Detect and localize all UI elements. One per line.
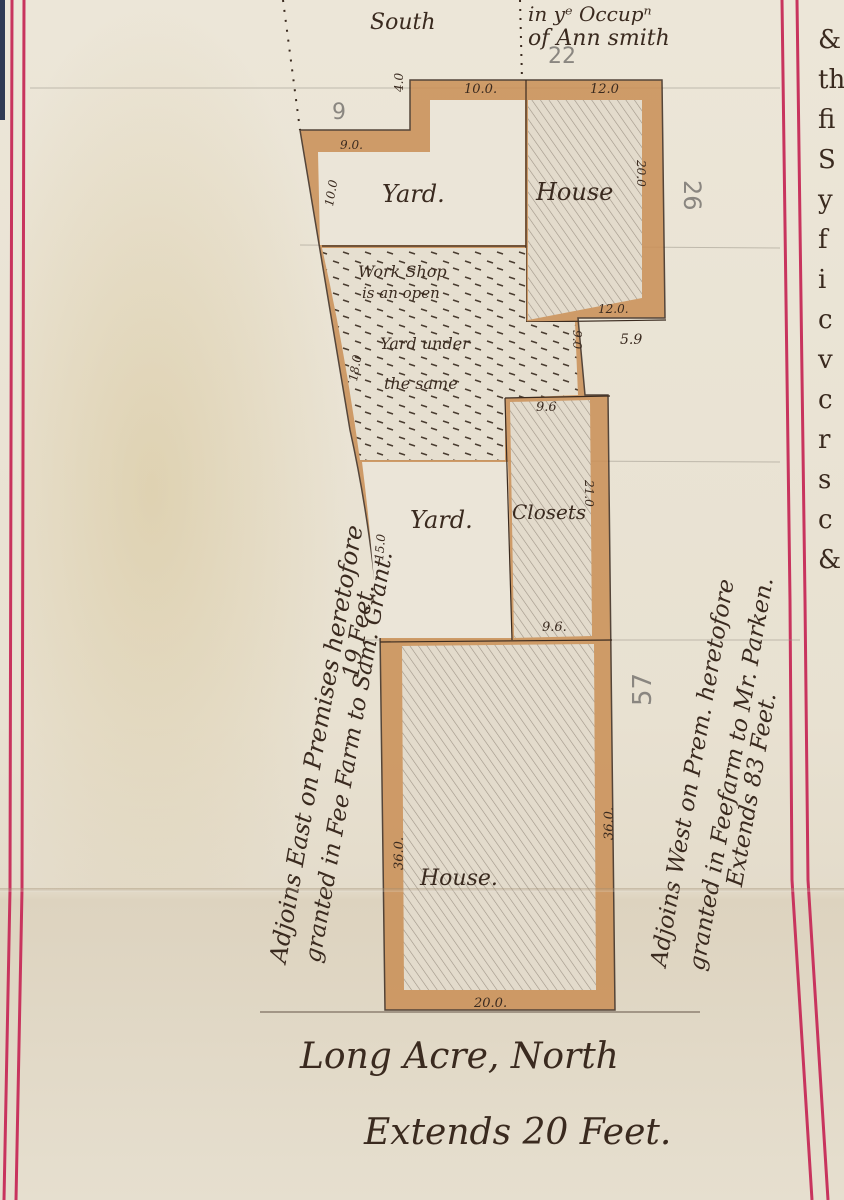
margin-letter: i — [818, 260, 844, 300]
pencil-number-22: 22 — [548, 44, 576, 69]
pencil-number-57: 57 — [628, 673, 658, 706]
room-workshop: Work Shop — [358, 262, 447, 281]
room-workshop-sub-2: Yard under — [380, 334, 470, 353]
room-workshop-sub-3: the same — [384, 374, 458, 393]
room-closets: Closets — [512, 500, 586, 524]
dim-right-step: 5.9 — [620, 332, 642, 348]
dim-closet-top: 9.6 — [536, 400, 557, 415]
neighbour-occupation: in yᵉ Occupⁿ — [528, 2, 652, 26]
street-label: Long Acre, North — [300, 1036, 619, 1077]
room-workshop-sub-1: is an open — [362, 284, 440, 302]
margin-letter: f — [818, 220, 844, 260]
margin-letter: c — [818, 300, 844, 340]
dim-top-house: 12.0 — [590, 82, 619, 97]
dim-right-workshop: 9.0 — [570, 330, 584, 349]
margin-letter: s — [818, 460, 844, 500]
dim-top-yard: 10.0. — [464, 82, 497, 97]
margin-letter: c — [818, 380, 844, 420]
room-house-1: House — [536, 178, 613, 206]
dim-right-house-lower: 36.0. — [602, 807, 617, 840]
margin-letter: c — [818, 500, 844, 540]
margin-letter: S — [818, 140, 844, 180]
dim-bottom: 20.0. — [474, 996, 507, 1011]
street-extent: Extends 20 Feet. — [364, 1112, 671, 1153]
pencil-number-26: 26 — [678, 180, 706, 211]
left-margin-rules — [0, 0, 24, 1200]
margin-letter: & — [818, 540, 844, 580]
margin-letter: y — [818, 180, 844, 220]
margin-letter: fi — [818, 100, 844, 140]
margin-letter: r — [818, 420, 844, 460]
room-yard-1: Yard. — [382, 180, 445, 208]
dim-closet-bottom: 9.6. — [542, 620, 567, 635]
page-fold — [0, 888, 844, 892]
adjacent-page-text: & th fi S y f i c v c r s c & — [818, 20, 844, 580]
margin-letter: v — [818, 340, 844, 380]
south-label: South — [370, 10, 436, 35]
plan-sheet: South in yᵉ Occupⁿ of Ann smith 22 10.0.… — [0, 0, 844, 1200]
dim-left-house: 36.0. — [392, 837, 407, 870]
dim-step-inner: 9.0. — [340, 138, 363, 152]
dim-right-house: 20.0 — [634, 160, 648, 187]
margin-letter: th — [818, 60, 844, 100]
room-yard-2: Yard. — [410, 506, 473, 534]
dim-top-step: 4.0 — [392, 73, 406, 92]
margin-letter: & — [818, 20, 844, 60]
dim-house-bottom: 12.0. — [598, 302, 629, 316]
pencil-number-9: 9 — [332, 100, 346, 125]
